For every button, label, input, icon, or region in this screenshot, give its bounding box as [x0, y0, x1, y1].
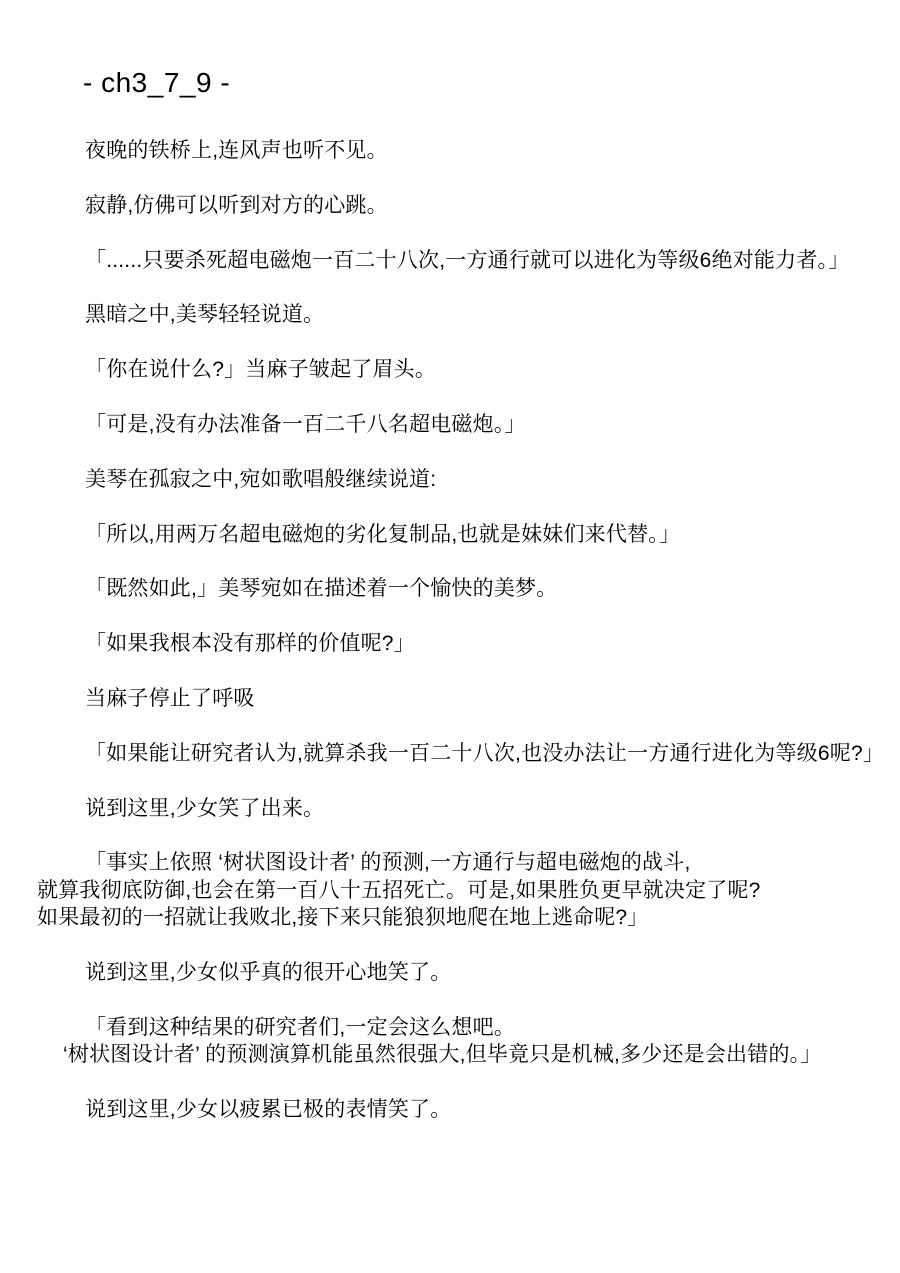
paragraph: 说到这里,少女似乎真的很开心地笑了。 — [37, 959, 882, 986]
paragraph: 「如果我根本没有那样的价值呢?」 — [37, 630, 882, 657]
paragraph: 「如果能让研究者认为,就算杀我一百二十八次,也没办法让一方通行进化为等级6呢?」 — [37, 740, 882, 767]
paragraph: 「看到这种结果的研究者们,一定会这么想吧。 ‘树状图设计者’ 的预测演算机能虽然… — [37, 1014, 882, 1069]
paragraph: 「所以,用两万名超电磁炮的劣化复制品,也就是妹妹们来代替。」 — [37, 521, 882, 548]
text-line: 美琴在孤寂之中,宛如歌唱般继续说道: — [37, 466, 882, 493]
text-line: 当麻子停止了呼吸 — [37, 685, 882, 712]
text-line: 寂静,仿佛可以听到对方的心跳。 — [37, 192, 882, 219]
text-line: 就算我彻底防御,也会在第一百八十五招死亡。可是,如果胜负更早就决定了呢? — [37, 877, 882, 904]
paragraph: 说到这里,少女笑了出来。 — [37, 795, 882, 822]
text-line: 「......只要杀死超电磁炮一百二十八次,一方通行就可以进化为等级6绝对能力者… — [37, 247, 882, 274]
text-line: ‘树状图设计者’ 的预测演算机能虽然很强大,但毕竟只是机械,多少还是会出错的。」 — [37, 1041, 882, 1068]
paragraph: 「......只要杀死超电磁炮一百二十八次,一方通行就可以进化为等级6绝对能力者… — [37, 247, 882, 274]
text-line: 「你在说什么?」当麻子皱起了眉头。 — [37, 356, 882, 383]
paragraph: 夜晚的铁桥上,连风声也听不见。 — [37, 137, 882, 164]
text-line: 黑暗之中,美琴轻轻说道。 — [37, 301, 882, 328]
text-line: 说到这里,少女似乎真的很开心地笑了。 — [37, 959, 882, 986]
paragraph: 「事实上依照 ‘树状图设计者’ 的预测,一方通行与超电磁炮的战斗, 就算我彻底防… — [37, 849, 882, 931]
paragraph: 黑暗之中,美琴轻轻说道。 — [37, 301, 882, 328]
text-line: 如果最初的一招就让我败北,接下来只能狼狈地爬在地上逃命呢?」 — [37, 904, 882, 931]
document-page: - ch3_7_9 - 夜晚的铁桥上,连风声也听不见。 寂静,仿佛可以听到对方的… — [0, 0, 900, 1123]
paragraph: 说到这里,少女以疲累已极的表情笑了。 — [37, 1096, 882, 1123]
paragraph: 「你在说什么?」当麻子皱起了眉头。 — [37, 356, 882, 383]
paragraph: 「既然如此,」美琴宛如在描述着一个愉快的美梦。 — [37, 575, 882, 602]
text-line: 「可是,没有办法准备一百二千八名超电磁炮。」 — [37, 411, 882, 438]
text-line: 说到这里,少女笑了出来。 — [37, 795, 882, 822]
text-line: 夜晚的铁桥上,连风声也听不见。 — [37, 137, 882, 164]
paragraph: 「可是,没有办法准备一百二千八名超电磁炮。」 — [37, 411, 882, 438]
paragraph: 寂静,仿佛可以听到对方的心跳。 — [37, 192, 882, 219]
text-line: 「事实上依照 ‘树状图设计者’ 的预测,一方通行与超电磁炮的战斗, — [37, 849, 882, 876]
text-line: 说到这里,少女以疲累已极的表情笑了。 — [37, 1096, 882, 1123]
page-title: - ch3_7_9 - — [83, 66, 882, 99]
paragraph: 美琴在孤寂之中,宛如歌唱般继续说道: — [37, 466, 882, 493]
paragraph: 当麻子停止了呼吸 — [37, 685, 882, 712]
text-line: 「看到这种结果的研究者们,一定会这么想吧。 — [37, 1014, 882, 1041]
text-line: 「如果能让研究者认为,就算杀我一百二十八次,也没办法让一方通行进化为等级6呢?」 — [37, 740, 882, 767]
text-line: 「所以,用两万名超电磁炮的劣化复制品,也就是妹妹们来代替。」 — [37, 521, 882, 548]
text-line: 「如果我根本没有那样的价值呢?」 — [37, 630, 882, 657]
text-line: 「既然如此,」美琴宛如在描述着一个愉快的美梦。 — [37, 575, 882, 602]
